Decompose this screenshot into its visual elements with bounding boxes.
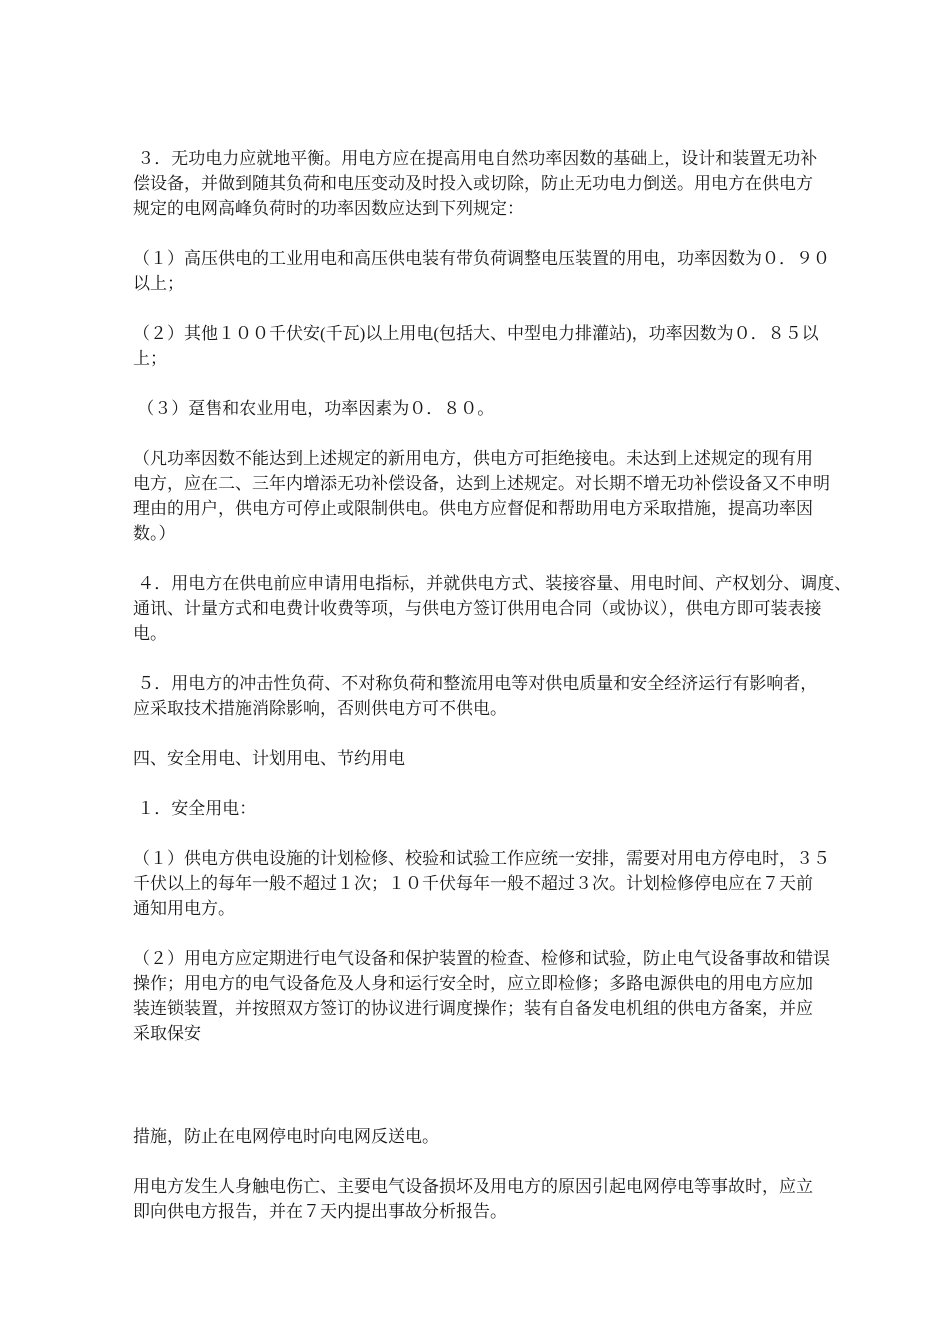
paragraph-accident-report: 用电方发生人身触电伤亡、主要电气设备损坏及用电方的原因引起电网停电等事故时，应立… xyxy=(133,1174,857,1224)
paragraph-safety-clause-2-equipment: （２）用电方应定期进行电气设备和保护装置的检查、检修和试验，防止电气设备事故和错… xyxy=(133,946,857,1046)
paragraph-5-impact-loads: ５．用电方的冲击性负荷、不对称负荷和整流用电等对供电质量和安全经济运行有影响者，… xyxy=(133,671,857,721)
subheading-1-safe-electricity: １．安全用电： xyxy=(133,796,857,821)
paragraph-clause-1-high-voltage: （１）高压供电的工业用电和高压供电装有带负荷调整电压装置的用电，功率因数为０．９… xyxy=(133,246,857,296)
document-canvas: { "colors": { "page_background": "#fffff… xyxy=(0,0,950,1344)
paragraph-reactive-power-balance: ３．无功电力应就地平衡。用电方应在提高用电自然功率因数的基础上，设计和装置无功补… xyxy=(133,146,857,221)
paragraph-power-factor-note: （凡功率因数不能达到上述规定的新用电方，供电方可拒绝接电。未达到上述规定的现有用… xyxy=(133,446,857,546)
paragraph-4-apply-electricity-quota: ４．用电方在供电前应申请用电指标，并就供电方式、装接容量、用电时间、产权划分、调… xyxy=(133,571,857,646)
paragraph-safety-clause-1-maintenance: （１）供电方供电设施的计划检修、校验和试验工作应统一安排，需要对用电方停电时，３… xyxy=(133,846,857,921)
paragraph-clause-3-wholesale-agri: （３）趸售和农业用电，功率因素为０．８０。 xyxy=(133,396,857,421)
paragraph-continuation-measures: 措施，防止在电网停电时向电网反送电。 xyxy=(133,1124,857,1149)
paragraph-clause-2-other-100kva: （２）其他１００千伏安(千瓦)以上用电(包括大、中型电力排灌站)，功率因数为０．… xyxy=(133,321,857,371)
document-page: ３．无功电力应就地平衡。用电方应在提高用电自然功率因数的基础上，设计和装置无功补… xyxy=(133,146,857,1249)
heading-section-4-safety-planned-econ: 四、安全用电、计划用电、节约用电 xyxy=(133,746,857,771)
